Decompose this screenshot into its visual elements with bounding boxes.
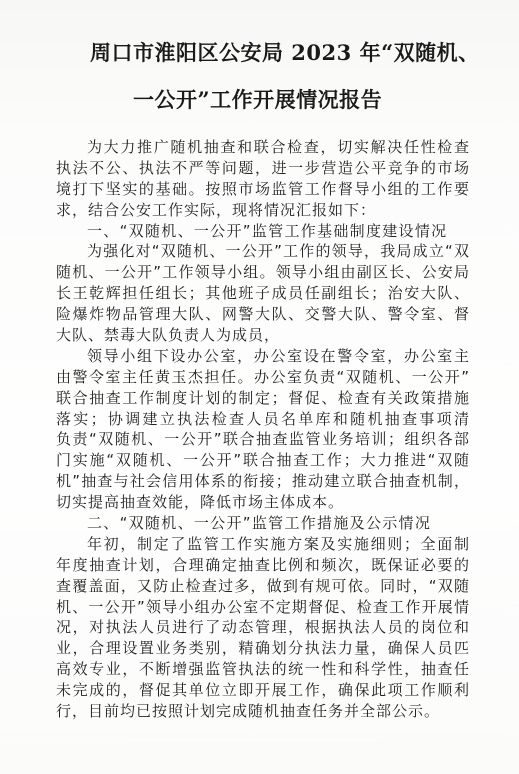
text-line: 查覆盖面，又防止检查过多，做到有规可依。同时，“双随	[56, 576, 470, 597]
text-line: 负责“双随机、一公开”联合抽查监管业务培训；组织各部	[56, 429, 470, 450]
text-line: 为大力推广随机抽查和联合检查，切实解决任性检查和	[56, 137, 470, 158]
title-line-1: 周口市淮阳区公安局 2023 年“双随机、	[90, 38, 480, 68]
text-line: 年度抽查计划，合理确定抽查比例和频次，既保证必要的抽	[56, 555, 470, 576]
paragraph-intro: 为大力推广随机抽查和联合检查，切实解决任性检查和 执法不公、执法不严等问题，进一…	[56, 137, 470, 221]
text-line: 高效专业，不断增强监管执法的统一性和科学性，抽查任务	[56, 659, 470, 680]
text-line: 门实施“双随机、一公开”联合抽查工作；大力推进“双随	[56, 450, 470, 471]
text-line: 领导小组下设办公室，办公室设在警令室，办公室主任	[56, 346, 470, 367]
text-line: 求，结合公安工作实际，现将情况汇报如下：	[56, 200, 470, 221]
paragraph-office-duties: 领导小组下设办公室，办公室设在警令室，办公室主任 由警令室主任黄玉杰担任。办公室…	[56, 346, 470, 513]
text-line: 业，合理设置业务类别，精确划分执法力量，确保人员匹配	[56, 638, 470, 659]
text-line: 况，对执法人员进行了动态管理，根据执法人员的岗位和专	[56, 617, 470, 638]
text-line: 随机、一公开”工作领导小组。领导小组由副区长、公安局	[56, 262, 470, 283]
text-line: 为强化对“双随机、一公开”工作的领导，我局成立“双	[56, 241, 470, 262]
section-heading-1: 一、“双随机、一公开”监管工作基础制度建设情况	[56, 221, 470, 242]
text-line: 行，目前均已按照计划完成随机抽查任务并全部公示。	[56, 701, 470, 722]
text-line: 大队、禁毒大队负责人为成员，	[56, 325, 470, 346]
text-line: 机”抽查与社会信用体系的衔接；推动建立联合抽查机制，	[56, 471, 470, 492]
text-line: 境打下坚实的基础。按照市场监管工作督导小组的工作要	[56, 179, 470, 200]
text-line: 机、一公开”领导小组办公室不定期督促、检查工作开展情	[56, 597, 470, 618]
text-line: 落实；协调建立执法检查人员名单库和随机抽查事项清单；	[56, 409, 470, 430]
text-line: 未完成的，督促其单位立即开展工作，确保此项工作顺利进	[56, 680, 470, 701]
text-line: 长王乾辉担任组长；其他班子成员任副组长；治安大队、危	[56, 283, 470, 304]
text-line: 年初，制定了监管工作实施方案及实施细则；全面制定	[56, 534, 470, 555]
text-line: 执法不公、执法不严等问题，进一步营造公平竞争的市场环	[56, 158, 470, 179]
section-heading-2: 二、“双随机、一公开”监管工作措施及公示情况	[56, 513, 470, 534]
document-page: 周口市淮阳区公安局 2023 年“双随机、 一公开”工作开展情况报告 为大力推广…	[0, 0, 519, 774]
document-body: 为大力推广随机抽查和联合检查，切实解决任性检查和 执法不公、执法不严等问题，进一…	[56, 137, 470, 722]
text-line: 切实提高抽查效能，降低市场主体成本。	[56, 492, 470, 513]
text-line: 由警令室主任黄玉杰担任。办公室负责“双随机、一公开”	[56, 367, 470, 388]
text-line: 险爆炸物品管理大队、网警大队、交警大队、警令室、督查	[56, 304, 470, 325]
text-line: 联合抽查工作制度计划的制定；督促、检查有关政策措施的	[56, 388, 470, 409]
title-line-2: 一公开”工作开展情况报告	[133, 85, 382, 115]
paragraph-leadership-group: 为强化对“双随机、一公开”工作的领导，我局成立“双 随机、一公开”工作领导小组。…	[56, 241, 470, 345]
paragraph-measures: 年初，制定了监管工作实施方案及实施细则；全面制定 年度抽查计划，合理确定抽查比例…	[56, 534, 470, 722]
